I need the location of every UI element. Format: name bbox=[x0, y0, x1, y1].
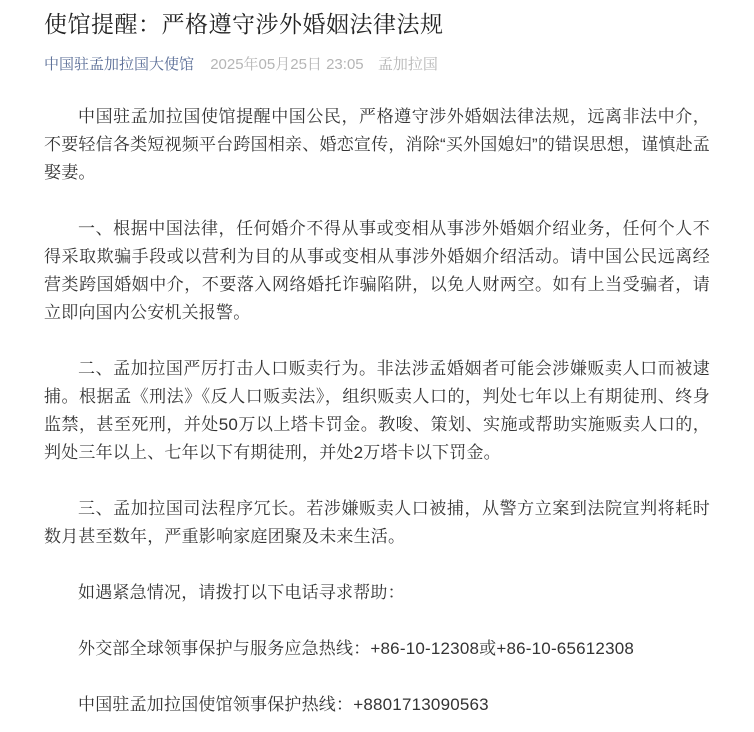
article-content: 中国驻孟加拉国使馆提醒中国公民，严格遵守涉外婚姻法律法规，远离非法中介，不要轻信… bbox=[44, 103, 710, 719]
account-name-link[interactable]: 中国驻孟加拉国大使馆 bbox=[44, 56, 194, 73]
article-paragraph-point-2: 二、孟加拉国严厉打击人口贩卖行为。非法涉孟婚姻者可能会涉嫌贩卖人口而被逮捕。根据… bbox=[44, 355, 710, 467]
article-paragraph-point-1: 一、根据中国法律，任何婚介不得从事或变相从事涉外婚姻介绍业务，任何个人不得采取欺… bbox=[44, 215, 710, 327]
article-paragraph-point-3: 三、孟加拉国司法程序冗长。若涉嫌贩卖人口被捕，从警方立案到法院宣判将耗时数月甚至… bbox=[44, 495, 710, 551]
article-paragraph-mfa-hotline: 外交部全球领事保护与服务应急热线：+86-10-12308或+86-10-656… bbox=[44, 635, 710, 663]
publish-date: 2025年05月25日 23:05 bbox=[210, 56, 363, 73]
article-paragraph-emergency-intro: 如遇紧急情况，请拨打以下电话寻求帮助： bbox=[44, 579, 710, 607]
article-title: 使馆提醒：严格遵守涉外婚姻法律法规 bbox=[44, 8, 710, 40]
article-paragraph-embassy-hotline: 中国驻孟加拉国使馆领事保护热线：+8801713090563 bbox=[44, 691, 710, 719]
article-paragraph-intro: 中国驻孟加拉国使馆提醒中国公民，严格遵守涉外婚姻法律法规，远离非法中介，不要轻信… bbox=[44, 103, 710, 187]
byline: 中国驻孟加拉国大使馆 2025年05月25日 23:05 孟加拉国 bbox=[44, 54, 710, 75]
article-page: 使馆提醒：严格遵守涉外婚姻法律法规 中国驻孟加拉国大使馆 2025年05月25日… bbox=[0, 0, 754, 732]
publish-location: 孟加拉国 bbox=[378, 56, 438, 73]
